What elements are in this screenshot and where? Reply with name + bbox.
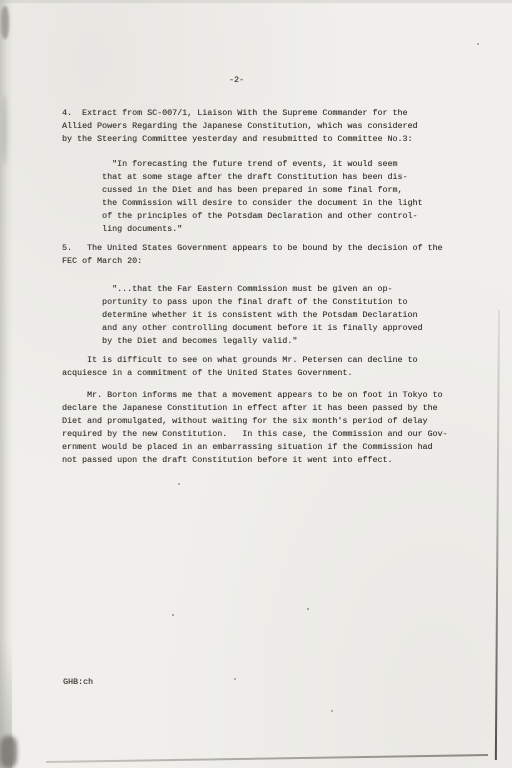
paragraph-petersen: It is difficult to see on what grounds M… xyxy=(62,354,418,380)
paragraph-5: 5. The United States Government appears … xyxy=(62,242,443,268)
text-line: portunity to pass upon the final draft o… xyxy=(62,296,423,309)
scan-speck xyxy=(178,483,180,485)
text-line: the Commission will desire to consider t… xyxy=(62,197,423,210)
text-line: ernment would be placed in an embarrassi… xyxy=(62,441,448,454)
text-line: 5. The United States Government appears … xyxy=(62,242,443,255)
scan-paper-edge-right xyxy=(495,310,500,760)
page-number: -2- xyxy=(229,74,244,87)
scan-edge-top xyxy=(0,0,512,3)
text-line: required by the new Constitution. In thi… xyxy=(62,428,448,441)
document-page: -2- 4. Extract from SC-007/1, Liaison Wi… xyxy=(0,0,512,768)
scan-speck xyxy=(234,678,236,680)
text-line: of the principles of the Potsdam Declara… xyxy=(62,210,423,223)
scan-paper-edge-bottom xyxy=(46,754,488,763)
text-line: ling documents." xyxy=(62,223,423,236)
text-line: 4. Extract from SC-007/1, Liaison With t… xyxy=(62,107,418,120)
scan-smudge-bottom-left xyxy=(0,736,17,768)
scan-smudge-mid-left xyxy=(2,95,7,165)
paragraph-4: 4. Extract from SC-007/1, Liaison With t… xyxy=(62,107,418,146)
text-line: by the Diet and becomes legally valid." xyxy=(62,335,423,348)
text-line: not passed upon the draft Constitution b… xyxy=(62,454,448,467)
scan-speck xyxy=(307,608,309,610)
text-line: Allied Powers Regarding the Japanese Con… xyxy=(62,120,418,133)
text-line: determine whether it is consistent with … xyxy=(62,309,423,322)
text-line: by the Steering Committee yesterday and … xyxy=(62,133,418,146)
quote-fec-decision: "...that the Far Eastern Commission must… xyxy=(62,283,423,348)
scan-speck xyxy=(172,614,174,616)
text-line: It is difficult to see on what grounds M… xyxy=(62,354,418,367)
scan-speck xyxy=(477,43,479,45)
text-line: "...that the Far Eastern Commission must… xyxy=(62,283,423,296)
text-line: "In forecasting the future trend of even… xyxy=(62,158,423,171)
text-line: cussed in the Diet and has been prepared… xyxy=(62,184,423,197)
quote-forecasting: "In forecasting the future trend of even… xyxy=(62,158,423,235)
text-line: and any other controlling document befor… xyxy=(62,322,423,335)
scan-smudge-top-left xyxy=(1,6,9,39)
paragraph-borton: Mr. Borton informs me that a movement ap… xyxy=(62,389,448,466)
text-line: FEC of March 20: xyxy=(62,255,443,268)
text-line: that at some stage after the draft Const… xyxy=(62,171,423,184)
scan-speck xyxy=(331,710,333,712)
text-line: declare the Japanese Constitution in eff… xyxy=(62,402,448,415)
text-line: acquiesce in a commitment of the United … xyxy=(62,367,418,380)
text-line: Mr. Borton informs me that a movement ap… xyxy=(62,389,448,402)
text-line: Diet and promulgated, without waiting fo… xyxy=(62,415,448,428)
typist-initials: GHB:ch xyxy=(63,676,93,689)
